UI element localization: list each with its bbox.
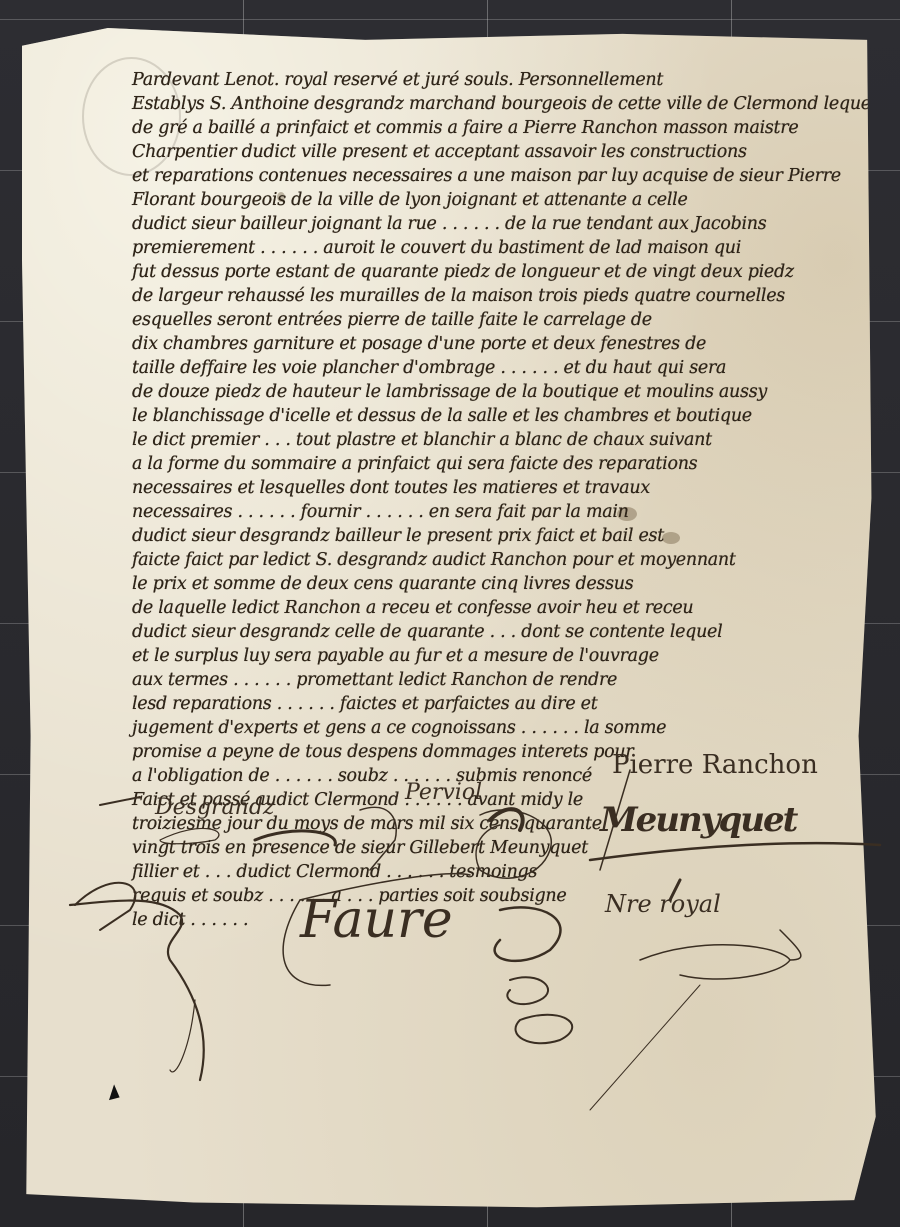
signature-flourishes	[0, 0, 900, 1227]
